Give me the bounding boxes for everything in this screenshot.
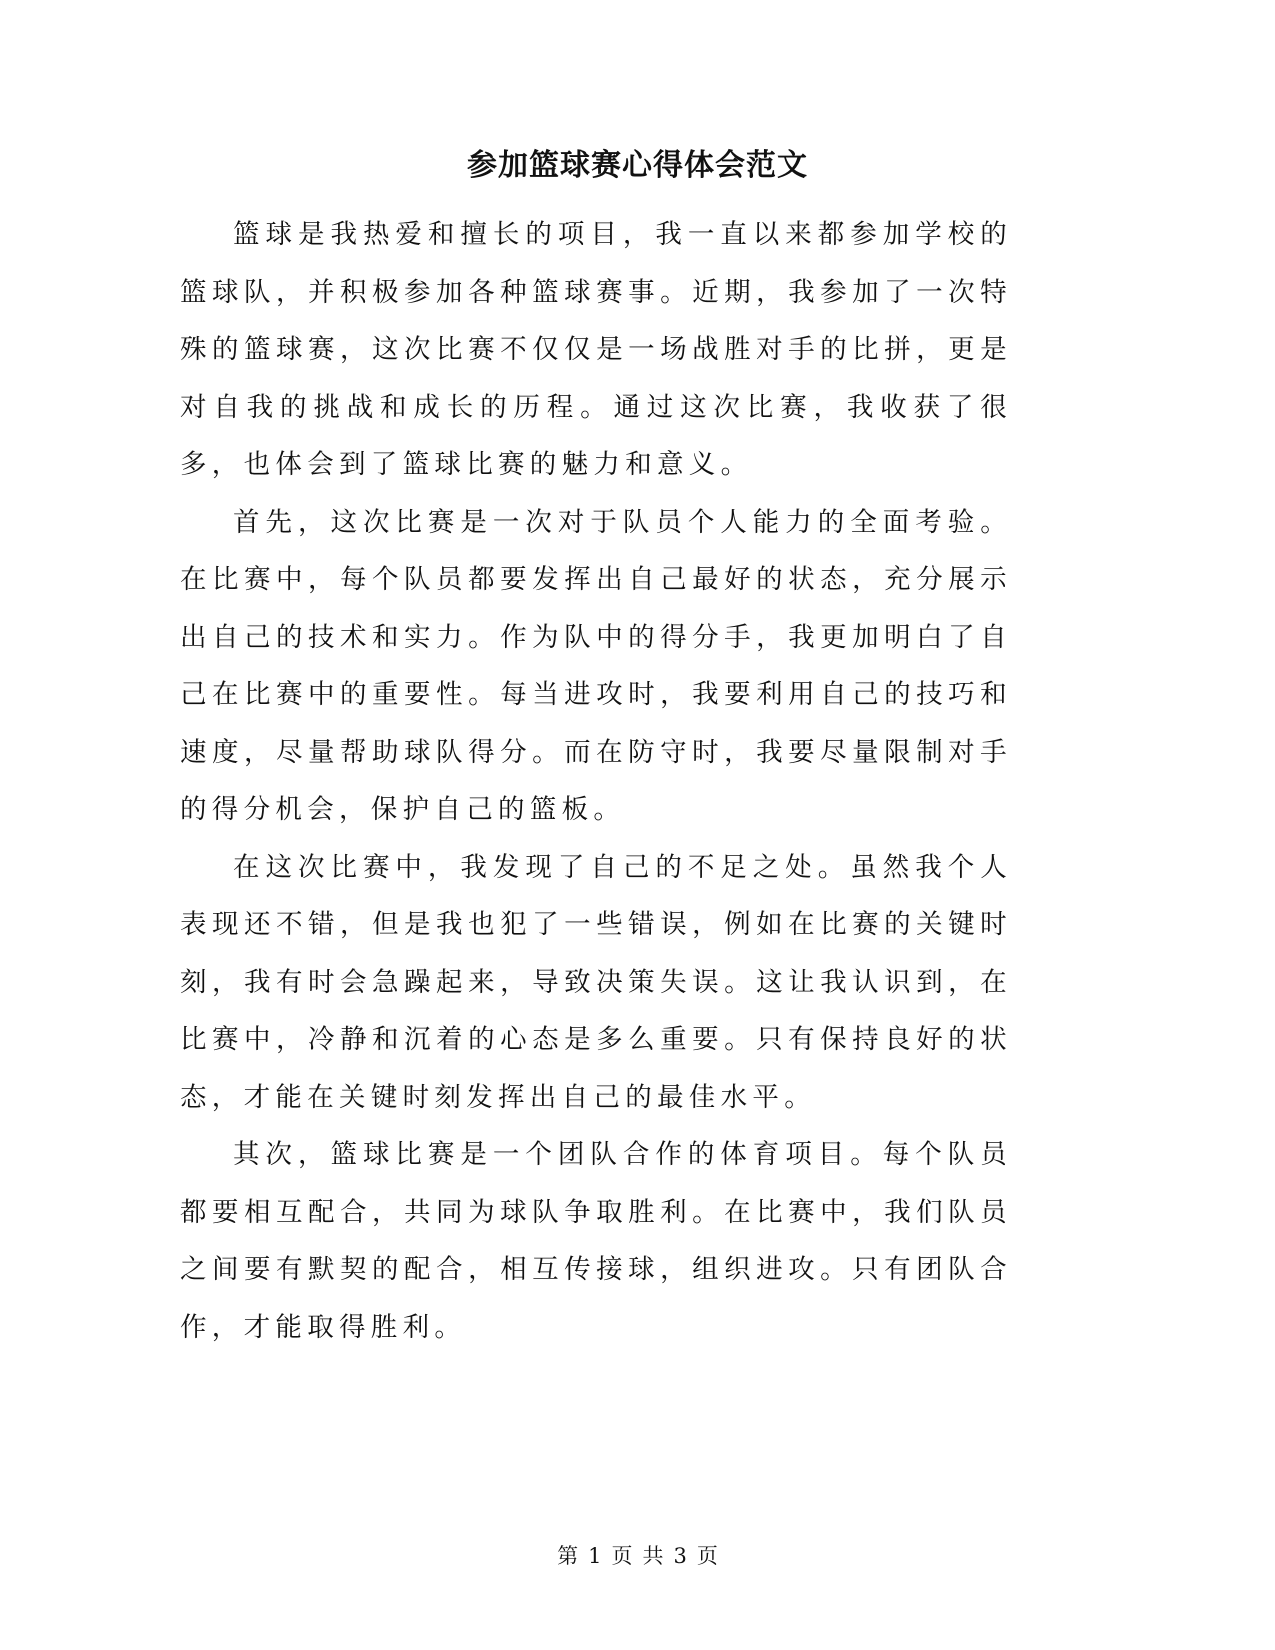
- paragraph-teamwork: 其次，篮球比赛是一个团队合作的体育项目。每个队员都要相互配合，共同为球队争取胜利…: [180, 1126, 1012, 1356]
- paragraph-shortcomings: 在这次比赛中，我发现了自己的不足之处。虽然我个人表现还不错，但是我也犯了一些错误…: [180, 839, 1012, 1127]
- paragraph-individual-ability: 首先，这次比赛是一次对于队员个人能力的全面考验。在比赛中，每个队员都要发挥出自己…: [180, 494, 1012, 839]
- document-page: 参加篮球赛心得体会范文 篮球是我热爱和擅长的项目，我一直以来都参加学校的篮球队，…: [0, 0, 1275, 1650]
- total-page-count: 3: [674, 1544, 687, 1568]
- document-title: 参加篮球赛心得体会范文: [0, 146, 1275, 186]
- footer-page-unit: 页: [612, 1544, 633, 1568]
- paragraph-intro: 篮球是我热爱和擅长的项目，我一直以来都参加学校的篮球队，并积极参加各种篮球赛事。…: [180, 206, 1012, 494]
- footer-total-unit: 页: [697, 1544, 718, 1568]
- current-page-number: 1: [588, 1544, 601, 1568]
- document-body: 篮球是我热爱和擅长的项目，我一直以来都参加学校的篮球队，并积极参加各种篮球赛事。…: [180, 206, 1012, 1356]
- page-footer: 第1页共3页: [0, 1541, 1275, 1571]
- footer-total-prefix: 共: [643, 1544, 664, 1568]
- footer-prefix: 第: [557, 1544, 578, 1568]
